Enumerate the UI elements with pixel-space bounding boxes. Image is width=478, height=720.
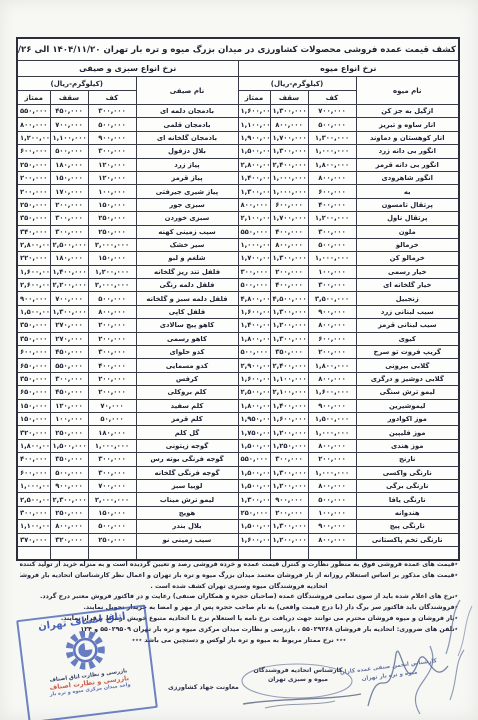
premium-price-cell: ۶۵۰,۰۰۰ [17, 386, 50, 399]
table-row: پرتقال ناول۱,۲۰۰,۰۰۰۱,۷۰۰,۰۰۰۲,۱۰۰,۰۰۰سب… [17, 212, 459, 225]
floor-price-cell: ۵۰۰,۰۰۰ [308, 238, 356, 251]
floor-price-cell: ۸۰۰,۰۰۰ [308, 171, 356, 184]
scanned-price-document: کشف قیمت عمده فروشی محصولات کشاورزی در م… [0, 0, 478, 720]
ceiling-price-cell: ۴۵۰,۰۰۰ [50, 105, 88, 118]
ceiling-price-cell: ۱۲۰,۰۰۰ [50, 399, 88, 412]
table-row: ملون۳۰۰,۰۰۰۴۰۰,۰۰۰۵۵۰,۰۰۰سیب زمینی کهنه۲… [17, 225, 459, 238]
premium-price-cell: ۳۰۰,۰۰۰ [238, 265, 270, 278]
ceiling-price-cell: ۹۰۰,۰۰۰ [270, 493, 308, 506]
table-row [17, 546, 459, 560]
ceiling-price-cell: ۴۵۰,۰۰۰ [50, 386, 88, 399]
table-row: کیوی۶۰۰,۰۰۰۱,۳۰۰,۰۰۰۱,۸۰۰,۰۰۰کاهو رسمی۲۰… [17, 332, 459, 345]
item-name-cell: انار ساوه و تبریز [356, 118, 459, 131]
veg-ceiling-col-header: سقف [50, 91, 88, 105]
ceiling-price-cell: ۳۰۰,۰۰۰ [50, 372, 88, 385]
veg-floor-col-header: کف [88, 91, 136, 105]
ceiling-price-cell [50, 546, 88, 560]
table-row: نارنگی یافا۵۰۰,۰۰۰۹۰۰,۰۰۰۱,۳۰۰,۰۰۰لیمو ت… [17, 493, 459, 506]
ceiling-price-cell: ۲۷۰,۰۰۰ [50, 319, 88, 332]
item-name-cell [136, 546, 238, 560]
floor-price-cell: ۱۸۰,۰۰۰ [88, 426, 136, 439]
item-name-cell: فلفل دلمه رنگی [136, 279, 238, 292]
ceiling-price-cell: ۳۰۰,۰۰۰ [50, 225, 88, 238]
premium-price-cell: ۴,۸۰۰,۰۰۰ [238, 292, 270, 305]
premium-price-cell: ۲,۵۰۰,۰۰۰ [238, 386, 270, 399]
item-name-cell: موز اکوادور [356, 412, 459, 425]
ceiling-price-cell: ۴۰۰,۰۰۰ [270, 225, 308, 238]
floor-price-cell: ۱۲۰,۰۰۰ [88, 158, 136, 171]
floor-price-cell: ۹۰۰,۰۰۰ [308, 305, 356, 318]
ceiling-price-cell: ۸۰۰,۰۰۰ [270, 238, 308, 251]
table-row: موز اکوادور۱,۵۰۰,۰۰۰۱,۶۰۰,۰۰۰۱,۹۵۰,۰۰۰کل… [17, 412, 459, 425]
item-name-cell: بلال بندر [136, 520, 238, 533]
premium-price-cell: ۱,۰۰۰,۰۰۰ [17, 479, 50, 492]
floor-price-cell: ۲,۰۰۰,۰۰۰ [88, 279, 136, 292]
floor-price-cell: ۱,۶۰۰,۰۰۰ [308, 386, 356, 399]
premium-price-cell: ۶۰۰,۰۰۰ [17, 466, 50, 479]
item-name-cell: پیاز زرد [136, 158, 238, 171]
floor-price-cell: ۲۵۰,۰۰۰ [88, 212, 136, 225]
ceiling-price-cell: ۱۸۰,۰۰۰ [50, 252, 88, 265]
item-name-cell: کلم بروکلی [136, 386, 238, 399]
ceiling-price-cell: ۲,۳۰۰,۰۰۰ [50, 493, 88, 506]
floor-price-cell: ۸۰۰,۰۰۰ [308, 533, 356, 546]
item-name-cell: کرفس [136, 372, 238, 385]
floor-price-cell: ۲۰۰,۰۰۰ [308, 346, 356, 359]
premium-price-cell: ۱,۱۰۰,۰۰۰ [238, 118, 270, 131]
table-row: انگور بی دانه زرد۱,۰۰۰,۰۰۰۱,۳۰۰,۰۰۰۱,۵۰۰… [17, 145, 459, 158]
gear-icon [60, 624, 111, 675]
pen-mark-icon [440, 596, 476, 660]
floor-price-cell: ۱,۰۰۰,۰۰۰ [308, 426, 356, 439]
ceiling-price-cell: ۱,۳۰۰,۰۰۰ [270, 252, 308, 265]
ceiling-price-cell: ۵۵۰,۰۰۰ [50, 359, 88, 372]
item-name-cell: فلفل تند ریز گلخانه [136, 265, 238, 278]
item-name-cell: بلال دزفول [136, 145, 238, 158]
veg-section-header: نرخ انواع سبزی و صیفی [17, 61, 238, 77]
ceiling-price-cell: ۲۵۰,۰۰۰ [50, 506, 88, 519]
premium-price-cell: ۸۰۰,۰۰۰ [17, 118, 50, 131]
premium-price-cell: ۱,۵۰۰,۰۰۰ [17, 305, 50, 318]
item-name-cell: بادمجان گلخانه ای [136, 131, 238, 144]
item-name-cell: کلم قرمز [136, 412, 238, 425]
floor-price-cell: ۹۰۰,۰۰۰ [308, 399, 356, 412]
item-name-cell: هویج [136, 506, 238, 519]
floor-price-cell: ۱,۰۰۰,۰۰۰ [308, 145, 356, 158]
floor-price-cell: ۱,۸۰۰,۰۰۰ [308, 158, 356, 171]
premium-price-cell: ۵۵۰,۰۰۰ [17, 105, 50, 118]
ceiling-price-cell: ۱,۰۰۰,۰۰۰ [270, 185, 308, 198]
fruit-name-col-header: نام میوه [356, 77, 459, 105]
premium-price-cell: ۲,۱۰۰,۰۰۰ [238, 212, 270, 225]
table-row: سیب لبنانی قرمز۸۰۰,۰۰۰۱,۲۰۰,۰۰۰۱,۴۰۰,۰۰۰… [17, 319, 459, 332]
ceiling-price-cell [270, 546, 308, 560]
ceiling-price-cell: ۵۰۰,۰۰۰ [50, 145, 88, 158]
table-row: لیموشیرین۹۰۰,۰۰۰۱,۴۰۰,۰۰۰۱,۸۰۰,۰۰۰کلم سف… [17, 399, 459, 412]
floor-price-cell: ۵۰۰,۰۰۰ [88, 292, 136, 305]
floor-price-cell: ۳۰۰,۰۰۰ [308, 225, 356, 238]
item-name-cell: لیمو ترش سنگی [356, 386, 459, 399]
premium-price-cell: ۵۵۰,۰۰۰ [238, 225, 270, 238]
premium-price-cell: ۱,۵۰۰,۰۰۰ [238, 466, 270, 479]
item-name-cell: کیوی [356, 332, 459, 345]
floor-price-cell: ۳۰۰,۰۰۰ [308, 279, 356, 292]
ceiling-price-cell: ۱,۲۰۰,۰۰۰ [270, 319, 308, 332]
item-name-cell: انگور شاهرودی [356, 171, 459, 184]
ceiling-price-cell: ۱,۳۰۰,۰۰۰ [50, 305, 88, 318]
jihad-agriculture-label: معاونت جهاد کشاورزی [168, 684, 239, 691]
floor-price-cell: ۱,۰۰۰,۰۰۰ [308, 252, 356, 265]
premium-price-cell: ۱,۵۰۰,۰۰۰ [238, 520, 270, 533]
ceiling-price-cell: ۲,۲۰۰,۰۰۰ [50, 279, 88, 292]
note-line: اتحادیه فروشندگان میوه وسبزی تهران کشف ش… [20, 582, 458, 593]
ceiling-price-cell: ۱,۳۰۰,۰۰۰ [270, 520, 308, 533]
floor-price-cell: ۲۵۰,۰۰۰ [88, 533, 136, 546]
ceiling-price-cell: ۳۵۰,۰۰۰ [270, 346, 308, 359]
ceiling-price-cell: ۱,۵۰۰,۰۰۰ [50, 439, 88, 452]
table-row: نارنگی برگی۸۰۰,۰۰۰۱,۲۰۰,۰۰۰۱,۵۰۰,۰۰۰لوبی… [17, 479, 459, 492]
premium-price-cell: ۱,۹۵۰,۰۰۰ [238, 412, 270, 425]
floor-price-cell: ۳۰۰,۰۰۰ [88, 466, 136, 479]
fruit-ceiling-col-header: سقف [270, 91, 308, 105]
floor-price-cell: ۲۰۰,۰۰۰ [88, 319, 136, 332]
table-row: انار کوهستان و دماوند۱,۳۰۰,۰۰۰۱,۷۰۰,۰۰۰۱… [17, 131, 459, 144]
veg-premium-col-header: ممتاز [17, 91, 50, 105]
floor-price-cell: ۱,۰۰۰,۰۰۰ [88, 439, 136, 452]
table-row: انگور شاهرودی۸۰۰,۰۰۰۱,۰۰۰,۰۰۰۱,۴۰۰,۰۰۰پی… [17, 171, 459, 184]
ceiling-price-cell: ۱,۴۰۰,۰۰۰ [50, 265, 88, 278]
ceiling-price-cell: ۱,۱۰۰,۰۰۰ [50, 131, 88, 144]
item-name-cell: خیار گلخانه ای [356, 279, 459, 292]
ceiling-price-cell: ۴۰۰,۰۰۰ [270, 279, 308, 292]
ceiling-price-cell: ۱,۲۰۰,۰۰۰ [270, 479, 308, 492]
ceiling-price-cell: ۱۸۰,۰۰۰ [50, 158, 88, 171]
premium-price-cell: ۲۵۰,۰۰۰ [17, 158, 50, 171]
floor-price-cell: ۲,۰۰۰,۰۰۰ [88, 493, 136, 506]
premium-price-cell: ۱,۸۰۰,۰۰۰ [238, 332, 270, 345]
ceiling-price-cell: ۵۰۰,۰۰۰ [50, 466, 88, 479]
table-row: سیب لبنانی زرد۹۰۰,۰۰۰۱,۳۰۰,۰۰۰۱,۶۰۰,۰۰۰ف… [17, 305, 459, 318]
premium-price-cell: ۶۵۰,۰۰۰ [17, 359, 50, 372]
table-row: خرمالو کن۱,۰۰۰,۰۰۰۱,۳۰۰,۰۰۰۱,۷۰۰,۰۰۰شلغم… [17, 252, 459, 265]
premium-price-cell: ۸۰۰,۰۰۰ [238, 198, 270, 211]
premium-price-cell: ۱,۶۰۰,۰۰۰ [238, 372, 270, 385]
ceiling-price-cell: ۴,۵۰۰,۰۰۰ [270, 292, 308, 305]
item-name-cell: کلم سفید [136, 399, 238, 412]
table-row: زنجبیل۳,۵۰۰,۰۰۰۴,۵۰۰,۰۰۰۴,۸۰۰,۰۰۰فلفل دل… [17, 292, 459, 305]
table-row: نارنگی تخم پاکستانی۸۰۰,۰۰۰۱,۲۰۰,۰۰۰۱,۶۰۰… [17, 533, 459, 546]
premium-price-cell: ۳۵۰,۰۰۰ [17, 319, 50, 332]
premium-price-cell: ۳۰۰,۰۰۰ [17, 506, 50, 519]
floor-price-cell: ۳,۵۰۰,۰۰۰ [308, 292, 356, 305]
table-row: نارنگی پیج۹۰۰,۰۰۰۱,۳۰۰,۰۰۰۱,۵۰۰,۰۰۰بلال … [17, 520, 459, 533]
floor-price-cell: ۱,۸۰۰,۰۰۰ [308, 359, 356, 372]
item-name-cell: بادمجان قلمی [136, 118, 238, 131]
item-name-cell: انگور بی دانه زرد [356, 145, 459, 158]
premium-price-cell: ۱,۸۰۰,۰۰۰ [17, 439, 50, 452]
note-line: ٭قیمت های عمده فروشی فوق به منظور نظارت … [20, 560, 458, 571]
floor-price-cell: ۲۰۰,۰۰۰ [88, 386, 136, 399]
ceiling-price-cell: ۱,۷۰۰,۰۰۰ [270, 212, 308, 225]
floor-price-cell: ۸۰۰,۰۰۰ [308, 479, 356, 492]
ceiling-price-cell: ۳۵۰,۰۰۰ [50, 453, 88, 466]
table-row: گلابی دوشیز و درگزی۸۰۰,۰۰۰۱,۱۰۰,۰۰۰۱,۶۰۰… [17, 372, 459, 385]
item-name-cell: انار کوهستان و دماوند [356, 131, 459, 144]
floor-price-cell: ۹۰۰,۰۰۰ [308, 520, 356, 533]
premium-price-cell: ۱,۹۰۰,۰۰۰ [238, 131, 270, 144]
union-expert-line1: کارشناس اتحادیه فروشندگان [243, 666, 353, 675]
table-row: موز هندی۸۰۰,۰۰۰۱,۲۵۰,۰۰۰۱,۵۰۰,۰۰۰گوجه زی… [17, 439, 459, 452]
table-row: خرمالو۵۰۰,۰۰۰۸۰۰,۰۰۰۱,۰۰۰,۰۰۰سیر خشک۲,۰۰… [17, 238, 459, 251]
unit-header-row: نام میوه (کیلوگرم-ریال) نام صیفی (کیلوگر… [17, 77, 459, 91]
item-name-cell: سبزی خوردن [136, 212, 238, 225]
premium-price-cell: ۱,۶۰۰,۰۰۰ [238, 105, 270, 118]
ceiling-price-cell: ۳۰۰,۰۰۰ [270, 453, 308, 466]
fruit-floor-col-header: کف [308, 91, 356, 105]
floor-price-cell: ۷۰۰,۰۰۰ [88, 479, 136, 492]
floor-price-cell: ۱,۲۰۰,۰۰۰ [308, 212, 356, 225]
item-name-cell: نارنج [356, 453, 459, 466]
premium-price-cell: ۱,۵۰۰,۰۰۰ [238, 439, 270, 452]
item-name-cell: سیب زمینی کهنه [136, 225, 238, 238]
premium-price-cell: ۲,۸۰۰,۰۰۰ [17, 238, 50, 251]
premium-price-cell: ۶۰۰,۰۰۰ [17, 346, 50, 359]
fruit-section-header: نرخ انواع میوه [238, 61, 459, 77]
premium-price-cell: ۳۵۰,۰۰۰ [17, 212, 50, 225]
fruit-premium-col-header: ممتاز [238, 91, 270, 105]
item-name-cell: پرتقال تامسون [356, 198, 459, 211]
item-name-cell: به [356, 185, 459, 198]
premium-price-cell: ۱,۶۰۰,۰۰۰ [238, 533, 270, 546]
premium-price-cell: ۶۰۰,۰۰۰ [17, 145, 50, 158]
item-name-cell: گریپ فروت تو سرخ [356, 346, 459, 359]
ceiling-price-cell: ۱,۲۰۰,۰۰۰ [270, 426, 308, 439]
item-name-cell: زنجبیل [356, 292, 459, 305]
table-row: ازگیل به جز کن۷۰۰,۰۰۰۱,۳۰۰,۰۰۰۱,۶۰۰,۰۰۰ب… [17, 105, 459, 118]
premium-price-cell: ۲,۵۰۰,۰۰۰ [17, 493, 50, 506]
item-name-cell: پیاز قرمز [136, 171, 238, 184]
guild-chamber-stamp: اتاق اصناف تهران بازرسی و نظارت اتاق اصن… [16, 604, 158, 720]
floor-price-cell: ۶۰۰,۰۰۰ [308, 332, 356, 345]
item-name-cell: ملون [356, 225, 459, 238]
item-name-cell: شلغم و لبو [136, 252, 238, 265]
item-name-cell: پیاز شیری جیرفتی [136, 185, 238, 198]
floor-price-cell: ۷۰,۰۰۰ [88, 399, 136, 412]
table-row: خیار گلخانه ای۳۰۰,۰۰۰۴۰۰,۰۰۰۵۰۰,۰۰۰فلفل … [17, 279, 459, 292]
floor-price-cell: ۲۰۰,۰۰۰ [88, 332, 136, 345]
item-name-cell: بادمجان دلمه ای [136, 105, 238, 118]
premium-price-cell: ۱,۷۵۰,۰۰۰ [238, 426, 270, 439]
ceiling-price-cell: ۳۲۰,۰۰۰ [50, 533, 88, 546]
premium-price-cell: ۱,۷۰۰,۰۰۰ [238, 252, 270, 265]
floor-price-cell: ۱۰۰,۰۰۰ [308, 506, 356, 519]
item-name-cell: هندوانه [356, 506, 459, 519]
ceiling-price-cell: ۸۰۰,۰۰۰ [270, 118, 308, 131]
ceiling-price-cell: ۷۰۰,۰۰۰ [50, 292, 88, 305]
ceiling-price-cell: ۱,۳۰۰,۰۰۰ [270, 145, 308, 158]
floor-price-cell: ۵۰۰,۰۰۰ [88, 118, 136, 131]
premium-price-cell: ۱,۲۰۰,۰۰۰ [17, 131, 50, 144]
ceiling-price-cell: ۲,۵۰۰,۰۰۰ [50, 238, 88, 251]
union-expert-signature-block: کارشناس اتحادیه فروشندگان میوه و سبزی ته… [243, 666, 353, 684]
item-name-cell: گوجه فرنگی گلخانه [136, 466, 238, 479]
ceiling-price-cell: ۱,۴۰۰,۰۰۰ [270, 399, 308, 412]
floor-price-cell: ۶۰۰,۰۰۰ [308, 185, 356, 198]
item-name-cell: گلابی دوشیز و درگزی [356, 372, 459, 385]
premium-price-cell [17, 546, 50, 560]
item-name-cell: ازگیل به جز کن [356, 105, 459, 118]
floor-price-cell: ۹۰۰,۰۰۰ [88, 131, 136, 144]
item-name-cell: نارنگی تخم پاکستانی [356, 533, 459, 546]
floor-price-cell: ۱,۵۰۰,۰۰۰ [308, 412, 356, 425]
floor-price-cell: ۳۰۰,۰۰۰ [88, 346, 136, 359]
section-header-row: نرخ انواع میوه نرخ انواع سبزی و صیفی [17, 61, 459, 77]
floor-price-cell: ۷۰۰,۰۰۰ [308, 105, 356, 118]
floor-price-cell [308, 546, 356, 560]
floor-price-cell: ۸۰۰,۰۰۰ [88, 305, 136, 318]
item-name-cell: خرمالو [356, 238, 459, 251]
premium-price-cell: ۱,۸۰۰,۰۰۰ [238, 399, 270, 412]
signature-oval-icon [235, 656, 365, 716]
ceiling-price-cell: ۲۰۰,۰۰۰ [50, 198, 88, 211]
table-row: لیمو ترش سنگی۱,۶۰۰,۰۰۰۲,۱۰۰,۰۰۰۲,۵۰۰,۰۰۰… [17, 386, 459, 399]
ceiling-price-cell: ۱,۶۰۰,۰۰۰ [270, 412, 308, 425]
item-name-cell: خیار رسمی [356, 265, 459, 278]
note-line: ٭قیمت های مذکور بر اساس استعلام روزانه ا… [20, 571, 458, 582]
veg-unit-header: (کیلوگرم-ریال) [17, 77, 136, 91]
premium-price-cell: ۲,۸۰۰,۰۰۰ [238, 158, 270, 171]
premium-price-cell: ۱,۴۰۰,۰۰۰ [238, 171, 270, 184]
table-row: گلابی بیرونی۱,۸۰۰,۰۰۰۲,۴۰۰,۰۰۰۲,۹۰۰,۰۰۰ک… [17, 359, 459, 372]
item-name-cell: خرمالو کن [356, 252, 459, 265]
item-name-cell: گلابی بیرونی [356, 359, 459, 372]
ceiling-price-cell: ۴۵۰,۰۰۰ [50, 346, 88, 359]
item-name-cell [356, 546, 459, 560]
item-name-cell: گوجه زیتونی [136, 439, 238, 452]
note-line: ٭نرخ های اعلام شده باید از سوی تمامی فرو… [20, 592, 458, 603]
ceiling-price-cell: ۱,۳۰۰,۰۰۰ [270, 105, 308, 118]
premium-price-cell: ۳۴۰,۰۰۰ [17, 225, 50, 238]
fruit-unit-header: (کیلوگرم-ریال) [238, 77, 356, 91]
premium-price-cell: ۱,۵۰۰,۰۰۰ [238, 479, 270, 492]
premium-price-cell: ۵۵۰,۰۰۰ [238, 453, 270, 466]
item-name-cell: لوبیا سبز [136, 479, 238, 492]
item-name-cell: لیمو ترش میناب [136, 493, 238, 506]
floor-price-cell: ۱,۳۰۰,۰۰۰ [308, 131, 356, 144]
premium-price-cell: ۳۷۰,۰۰۰ [17, 533, 50, 546]
premium-price-cell: ۲,۶۰۰,۰۰۰ [17, 279, 50, 292]
ceiling-price-cell: ۷۰۰,۰۰۰ [50, 118, 88, 131]
premium-price-cell: ۱,۴۰۰,۰۰۰ [238, 319, 270, 332]
premium-price-cell: ۱,۵۰۰,۰۰۰ [238, 145, 270, 158]
ceiling-price-cell: ۱۰۰,۰۰۰ [50, 412, 88, 425]
item-name-cell: نارنگی یافا [356, 493, 459, 506]
table-row: به۶۰۰,۰۰۰۱,۰۰۰,۰۰۰۱,۳۰۰,۰۰۰پیاز شیری جیر… [17, 185, 459, 198]
floor-price-cell: ۱,۲۰۰,۰۰۰ [88, 265, 136, 278]
floor-price-cell: ۸۰۰,۰۰۰ [308, 372, 356, 385]
item-name-cell: پرتقال ناول [356, 212, 459, 225]
premium-price-cell: ۱,۶۰۰,۰۰۰ [17, 265, 50, 278]
ceiling-price-cell: ۶۰۰,۰۰۰ [270, 198, 308, 211]
ceiling-price-cell: ۳۰۰,۰۰۰ [50, 212, 88, 225]
floor-price-cell: ۱۵۰,۰۰۰ [88, 198, 136, 211]
premium-price-cell [238, 546, 270, 560]
table-row: انگور بی دانه قرمز۱,۸۰۰,۰۰۰۲,۴۰۰,۰۰۰۲,۸۰… [17, 158, 459, 171]
floor-price-cell: ۵۰۰,۰۰۰ [308, 118, 356, 131]
table-row: انار ساوه و تبریز۵۰۰,۰۰۰۸۰۰,۰۰۰۱,۱۰۰,۰۰۰… [17, 118, 459, 131]
item-name-cell: سیب لبنانی زرد [356, 305, 459, 318]
table-row: گریپ فروت تو سرخ۲۰۰,۰۰۰۳۵۰,۰۰۰۵۰۰,۰۰۰کدو… [17, 346, 459, 359]
floor-price-cell: ۱۵۰,۰۰۰ [88, 252, 136, 265]
floor-price-cell: ۱۰۰,۰۰۰ [88, 185, 136, 198]
floor-price-cell: ۲,۰۰۰,۰۰۰ [88, 238, 136, 251]
premium-price-cell: ۳۵۰,۰۰۰ [17, 372, 50, 385]
item-name-cell: نارنگی واکسی [356, 466, 459, 479]
item-name-cell: فلفل دلمه سبز و گلخانه [136, 292, 238, 305]
ceiling-price-cell: ۲۰۰,۰۰۰ [270, 265, 308, 278]
floor-price-cell: ۲۰۰,۰۰۰ [88, 372, 136, 385]
premium-price-cell: ۱,۳۰۰,۰۰۰ [238, 185, 270, 198]
floor-price-cell: ۵۰۰,۰۰۰ [308, 493, 356, 506]
premium-price-cell: ۲,۹۰۰,۰۰۰ [238, 359, 270, 372]
premium-price-cell: ۱۵۰,۰۰۰ [17, 399, 50, 412]
floor-price-cell: ۵۰,۰۰۰ [88, 412, 136, 425]
premium-price-cell: ۹۰۰,۰۰۰ [17, 292, 50, 305]
item-name-cell: سبزی جور [136, 198, 238, 211]
premium-price-cell: ۱,۳۰۰,۰۰۰ [238, 493, 270, 506]
ceiling-price-cell: ۲۷۰,۰۰۰ [50, 332, 88, 345]
item-name-cell: سیب زمینی نو [136, 533, 238, 546]
ceiling-price-cell: ۱,۳۰۰,۰۰۰ [270, 466, 308, 479]
premium-price-cell: ۲۰۰,۰۰۰ [17, 171, 50, 184]
floor-price-cell: ۱,۰۰۰,۰۰۰ [308, 466, 356, 479]
floor-price-cell: ۸۰۰,۰۰۰ [308, 319, 356, 332]
premium-price-cell: ۳۲۰,۰۰۰ [17, 426, 50, 439]
premium-price-cell: ۵۰۰,۰۰۰ [238, 346, 270, 359]
premium-price-cell: ۲۲۰,۰۰۰ [17, 252, 50, 265]
ceiling-price-cell: ۲,۱۰۰,۰۰۰ [270, 386, 308, 399]
table-row: موز فلیپین۱,۰۰۰,۰۰۰۱,۲۰۰,۰۰۰۱,۷۵۰,۰۰۰گل … [17, 426, 459, 439]
ceiling-price-cell: ۱۵۰,۰۰۰ [50, 171, 88, 184]
item-name-cell: سیب لبنانی قرمز [356, 319, 459, 332]
ceiling-price-cell: ۱,۲۰۰,۰۰۰ [270, 533, 308, 546]
floor-price-cell: ۱۵۰,۰۰۰ [88, 506, 136, 519]
ceiling-price-cell: ۱,۷۰۰,۰۰۰ [270, 131, 308, 144]
item-name-cell: گل کلم [136, 426, 238, 439]
premium-price-cell: ۲۵۰,۰۰۰ [17, 198, 50, 211]
item-name-cell: انگور بی دانه قرمز [356, 158, 459, 171]
document-title: کشف قیمت عمده فروشی محصولات کشاورزی در م… [17, 38, 459, 61]
premium-price-cell: ۳۵۰,۰۰۰ [17, 332, 50, 345]
table-row: خیار رسمی۱۰۰,۰۰۰۲۰۰,۰۰۰۳۰۰,۰۰۰فلفل تند ر… [17, 265, 459, 278]
floor-price-cell: ۳۰۰,۰۰۰ [88, 105, 136, 118]
premium-price-cell: ۴۰۰,۰۰۰ [17, 453, 50, 466]
floor-price-cell: ۲۵۰,۰۰۰ [88, 225, 136, 238]
ceiling-price-cell: ۱,۱۰۰,۰۰۰ [270, 372, 308, 385]
price-table-body: ازگیل به جز کن۷۰۰,۰۰۰۱,۳۰۰,۰۰۰۱,۶۰۰,۰۰۰ب… [17, 105, 459, 561]
item-name-cell: گوجه فرنگی بوته رس [136, 453, 238, 466]
floor-price-cell: ۱۲۰,۰۰۰ [88, 171, 136, 184]
ceiling-price-cell: ۲۵۰,۰۰۰ [50, 426, 88, 439]
ceiling-price-cell: ۱,۲۵۰,۰۰۰ [270, 439, 308, 452]
table-row: نارنج۲۰۰,۰۰۰۳۰۰,۰۰۰۵۵۰,۰۰۰گوجه فرنگی بوت… [17, 453, 459, 466]
floor-price-cell: ۳۰۰,۰۰۰ [88, 453, 136, 466]
item-name-cell: نارنگی برگی [356, 479, 459, 492]
floor-price-cell: ۴۰۰,۰۰۰ [88, 359, 136, 372]
ceiling-price-cell: ۹۰۰,۰۰۰ [50, 479, 88, 492]
premium-price-cell: ۱,۰۰۰,۰۰۰ [238, 238, 270, 251]
item-name-cell: نارنگی پیج [356, 520, 459, 533]
